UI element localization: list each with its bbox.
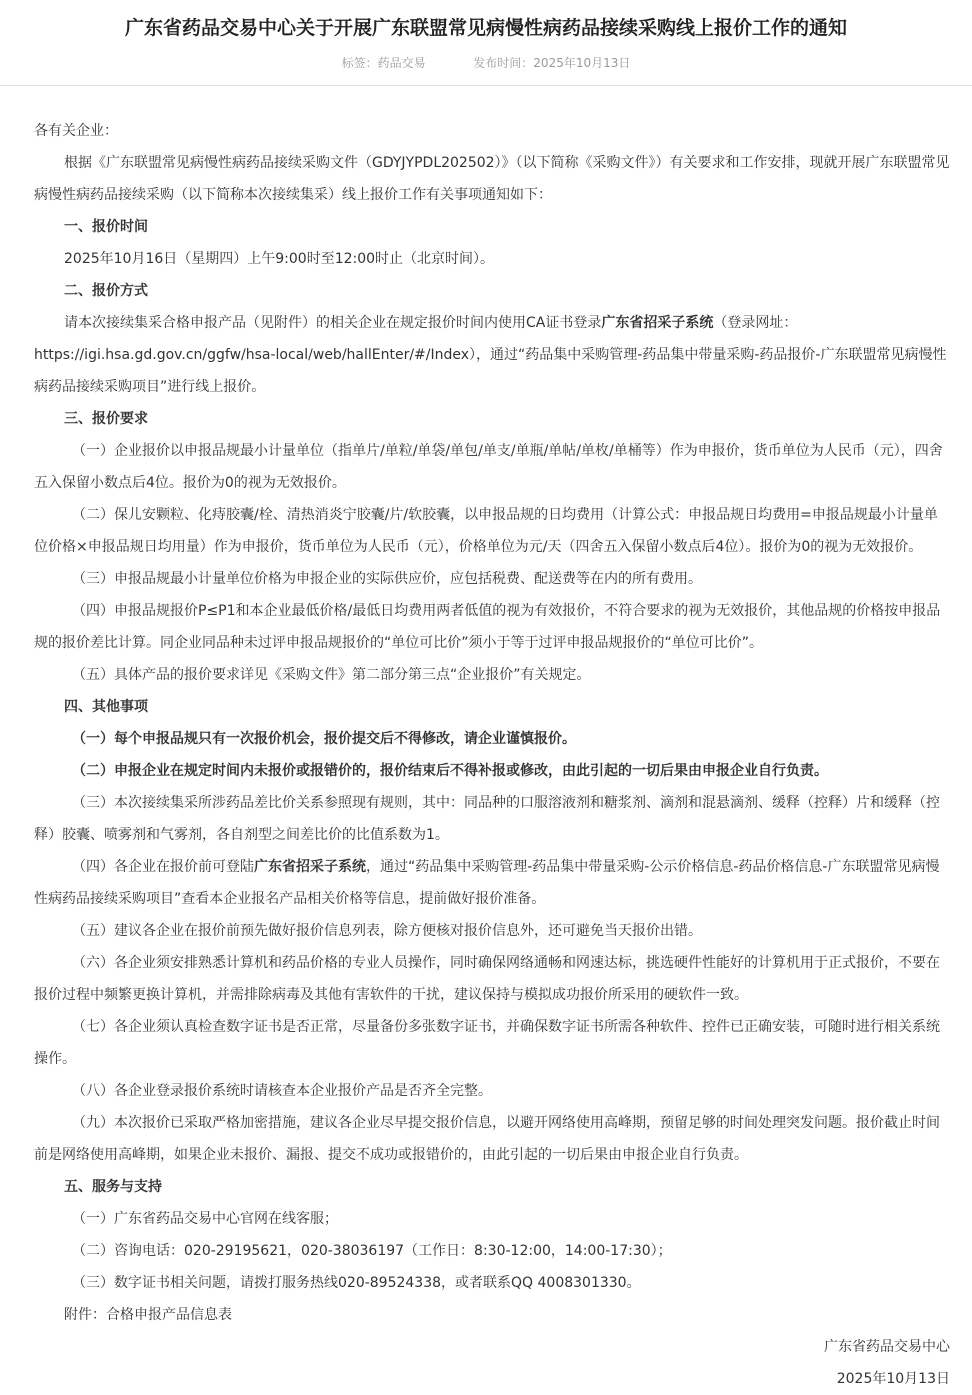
support-item: （二）咨询电话：020-29195621，020-38036197（工作日：8:…: [34, 1235, 950, 1267]
requirement-item: （一）企业报价以申报品规最小计量单位（指单片/单粒/单袋/单包/单支/单瓶/单帖…: [34, 435, 950, 499]
other-item: （八）各企业登录报价系统时请核查本企业报价产品是否齐全完整。: [34, 1075, 950, 1107]
other-item: （三）本次接续集采所涉药品差比价关系参照现有规则，其中：同品种的口服溶液剂和糖浆…: [34, 787, 950, 851]
article-meta: 标签：药品交易 发布时间：2025年10月13日: [0, 55, 972, 71]
section-heading-4: 四、其他事项: [34, 691, 950, 723]
salutation: 各有关企业：: [34, 115, 950, 147]
section-heading-3: 三、报价要求: [34, 403, 950, 435]
other-item: （五）建议各企业在报价前预先做好报价信息列表，除方便核对报价信息外，还可避免当天…: [34, 915, 950, 947]
other-item: （六）各企业须安排熟悉计算机和药品价格的专业人员操作，同时确保网络通畅和网速达标…: [34, 947, 950, 1011]
support-item: （三）数字证书相关问题，请拨打服务热线020-89524338，或者联系QQ 4…: [34, 1267, 950, 1299]
publish-date-value: 2025年10月13日: [533, 55, 630, 71]
other-item: （七）各企业须认真检查数字证书是否正常，尽量备份多张数字证书，并确保数字证书所需…: [34, 1011, 950, 1075]
requirement-item: （三）申报品规最小计量单位价格为申报企业的实际供应价，应包括税费、配送费等在内的…: [34, 563, 950, 595]
intro-paragraph: 根据《广东联盟常见病慢性病药品接续采购文件（GDYJYPDL202502）》（以…: [34, 147, 950, 211]
other-item: （九）本次报价已采取严格加密措施，建议各企业尽早提交报价信息，以避开网络使用高峰…: [34, 1107, 950, 1171]
page-title: 广东省药品交易中心关于开展广东联盟常见病慢性病药品接续采购线上报价工作的通知: [0, 0, 972, 42]
requirement-item: （二）保儿安颗粒、化痔胶囊/栓、清热消炎宁胶囊/片/软胶囊，以申报品规的日均费用…: [34, 499, 950, 563]
requirement-item: （四）申报品规报价P≤P1和本企业最低价格/最低日均费用两者低值的视为有效报价，…: [34, 595, 950, 659]
other-item: （四）各企业在报价前可登陆广东省招采子系统，通过“药品集中采购管理-药品集中带量…: [34, 851, 950, 915]
support-item: （一）广东省药品交易中心官网在线客服；: [34, 1203, 950, 1235]
attachment-link[interactable]: 附件：合格申报产品信息表: [34, 1299, 950, 1331]
quote-method-text-a: 请本次接续集采合格申报产品（见附件）的相关企业在规定报价时间内使用CA证书登录: [64, 315, 601, 331]
tag-value[interactable]: 药品交易: [378, 55, 426, 71]
requirement-item: （五）具体产品的报价要求详见《采购文件》第二部分第三点“企业报价”有关规定。: [34, 659, 950, 691]
section-heading-5: 五、服务与支持: [34, 1171, 950, 1203]
system-name: 广东省招采子系统: [601, 315, 713, 331]
publish-date-label: 发布时间：: [473, 55, 533, 71]
section-heading-1: 一、报价时间: [34, 211, 950, 243]
other-item-bold: （二）申报企业在规定时间内未报价或报错价的，报价结束后不得补报或修改，由此引起的…: [34, 755, 950, 787]
article-header: 广东省药品交易中心关于开展广东联盟常见病慢性病药品接续采购线上报价工作的通知 标…: [0, 0, 972, 86]
signature-org: 广东省药品交易中心: [34, 1331, 950, 1363]
other-item-text-a: （四）各企业在报价前可登陆: [72, 859, 254, 875]
article-body: 各有关企业： 根据《广东联盟常见病慢性病药品接续采购文件（GDYJYPDL202…: [0, 115, 972, 1395]
section-heading-2: 二、报价方式: [34, 275, 950, 307]
quote-time-text: 2025年10月16日（星期四）上午9:00时至12:00时止（北京时间）。: [34, 243, 950, 275]
tag-label: 标签：: [342, 55, 378, 71]
signature-date: 2025年10月13日: [34, 1363, 950, 1395]
quote-method-text: 请本次接续集采合格申报产品（见附件）的相关企业在规定报价时间内使用CA证书登录广…: [34, 307, 950, 403]
other-item-bold: （一）每个申报品规只有一次报价机会，报价提交后不得修改，请企业谨慎报价。: [34, 723, 950, 755]
system-name: 广东省招采子系统: [254, 859, 366, 875]
